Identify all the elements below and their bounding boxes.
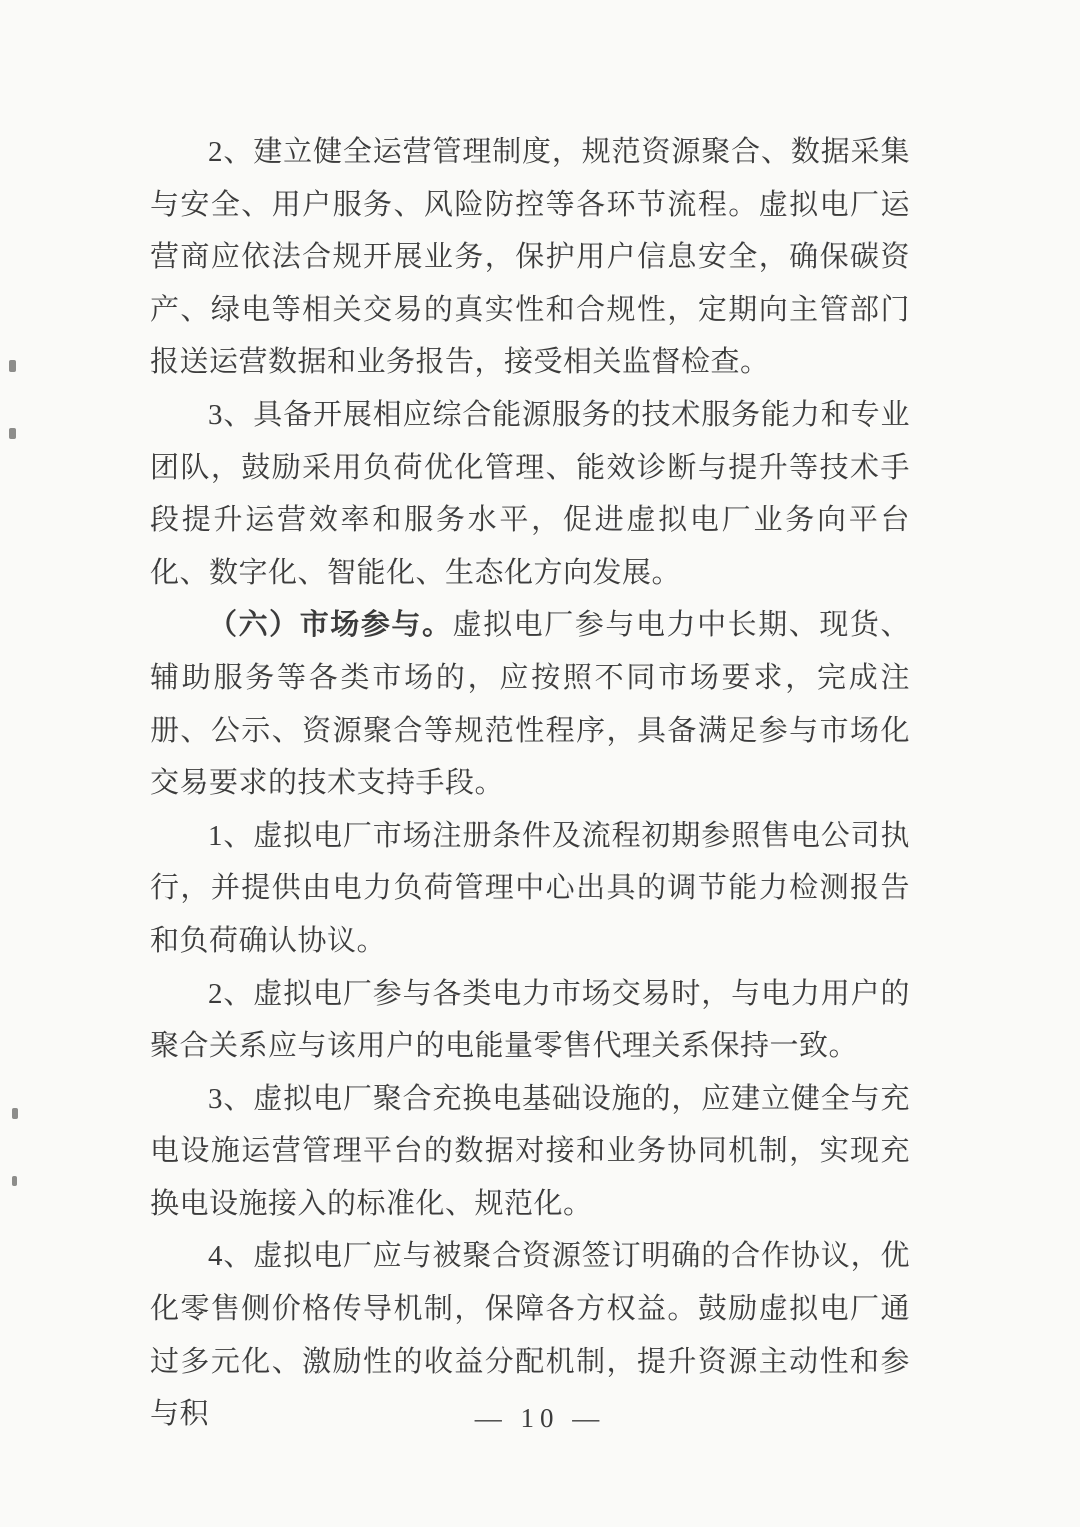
paragraph: 3、虚拟电厂聚合充换电基础设施的，应建立健全与充电设施运营管理平台的数据对接和业… <box>150 1073 910 1231</box>
paragraph: 3、具备开展相应综合能源服务的技术服务能力和专业团队，鼓励采用负荷优化管理、能效… <box>150 389 910 599</box>
document-body: 2、建立健全运营管理制度，规范资源聚合、数据采集与安全、用户服务、风险防控等各环… <box>150 126 910 1441</box>
scan-speck <box>12 1176 17 1186</box>
paragraph-text: 2、建立健全运营管理制度，规范资源聚合、数据采集与安全、用户服务、风险防控等各环… <box>150 136 910 378</box>
paragraph-text: 3、具备开展相应综合能源服务的技术服务能力和专业团队，鼓励采用负荷优化管理、能效… <box>150 399 910 589</box>
page-number: — 10 — <box>0 1403 1080 1434</box>
paragraph: 1、虚拟电厂市场注册条件及流程初期参照售电公司执行，并提供由电力负荷管理中心出具… <box>150 810 910 968</box>
paragraph-text: 3、虚拟电厂聚合充换电基础设施的，应建立健全与充电设施运营管理平台的数据对接和业… <box>150 1083 910 1220</box>
paragraph: 2、建立健全运营管理制度，规范资源聚合、数据采集与安全、用户服务、风险防控等各环… <box>150 126 910 389</box>
scan-speck <box>9 360 16 372</box>
paragraph: 2、虚拟电厂参与各类电力市场交易时，与电力用户的聚合关系应与该用户的电能量零售代… <box>150 968 910 1073</box>
document-page: 2、建立健全运营管理制度，规范资源聚合、数据采集与安全、用户服务、风险防控等各环… <box>0 0 1080 1527</box>
paragraph-text: 2、虚拟电厂参与各类电力市场交易时，与电力用户的聚合关系应与该用户的电能量零售代… <box>150 978 910 1063</box>
paragraph: （六）市场参与。虚拟电厂参与电力中长期、现货、辅助服务等各类市场的，应按照不同市… <box>150 599 910 809</box>
scan-speck <box>9 428 16 439</box>
paragraph-text: 4、虚拟电厂应与被聚合资源签订明确的合作协议，优化零售侧价格传导机制，保障各方权… <box>150 1240 910 1430</box>
scan-speck <box>12 1108 18 1119</box>
section-heading-market-participation: （六）市场参与。 <box>208 609 453 641</box>
paragraph-text: 1、虚拟电厂市场注册条件及流程初期参照售电公司执行，并提供由电力负荷管理中心出具… <box>150 820 910 957</box>
